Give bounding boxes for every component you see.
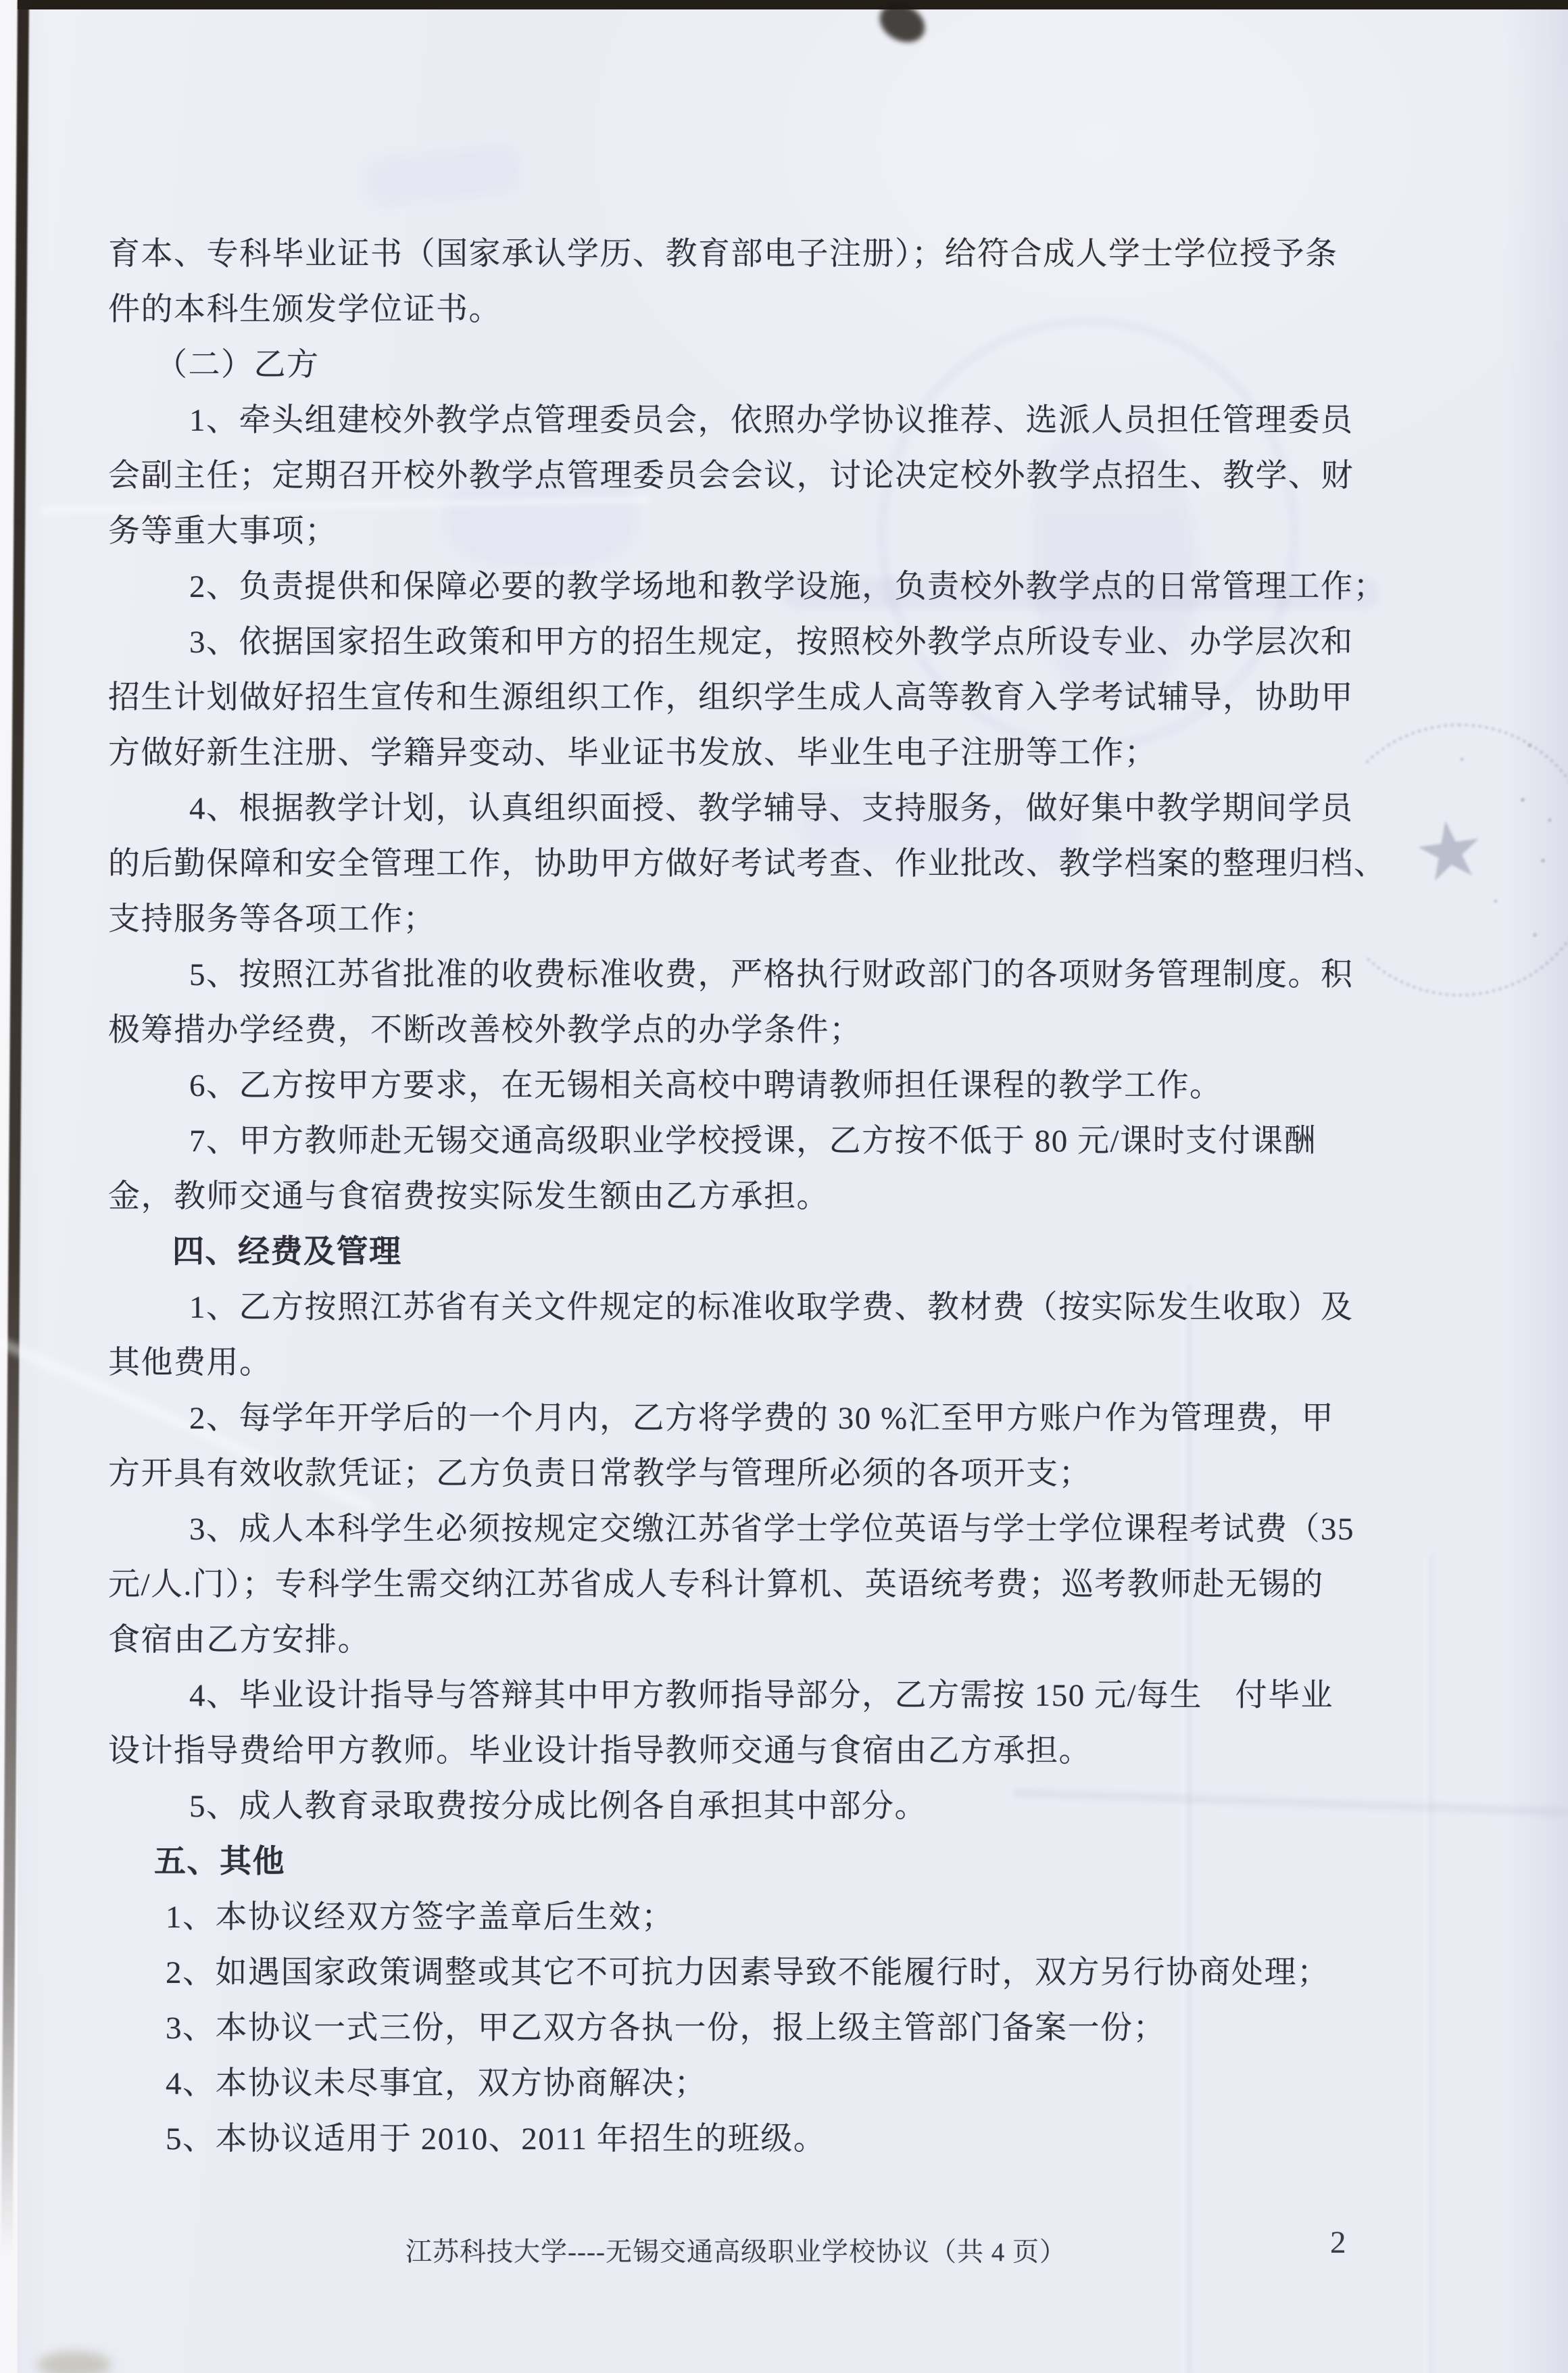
contract-line-2: 件的本科生颁发学位证书。 xyxy=(108,291,1399,329)
paper-crease xyxy=(1425,1555,1433,2373)
contract-line-30: 五、其他 xyxy=(108,1843,1399,1881)
contract-line-16: 6、乙方按甲方要求，在无锡相关高校中聘请教师担任课程的教学工作。 xyxy=(108,1067,1399,1105)
contract-line-22: 2、每学年开学后的一个月内，乙方将学费的 30 %汇至甲方账户作为管理费，甲 xyxy=(108,1399,1399,1437)
page-footer: 江苏科技大学----无锡交通高级职业学校协议（共 4 页） xyxy=(406,2231,1067,2269)
contract-line-11: 4、根据教学计划，认真组织面授、教学辅导、支持服务，做好集中教学期间学员 xyxy=(108,790,1399,828)
contract-line-20: 1、乙方按照江苏省有关文件规定的标准收取学费、教材费（按实际发生收取）及 xyxy=(108,1289,1399,1326)
scan-bottom-smudge xyxy=(37,2351,112,2373)
contract-line-17: 7、甲方教师赴无锡交通高级职业学校授课，乙方按不低于 80 元/课时支付课酬 xyxy=(108,1122,1399,1160)
contract-line-7: 2、负责提供和保障必要的教学场地和教学设施，负责校外教学点的日常管理工作； xyxy=(108,568,1399,606)
contract-line-26: 食宿由乙方安排。 xyxy=(108,1621,1399,1659)
contract-line-15: 极筹措办学经费，不断改善校外教学点的办学条件； xyxy=(108,1011,1399,1049)
contract-line-13: 支持服务等各项工作； xyxy=(108,901,1399,938)
contract-line-9: 招生计划做好招生宣传和生源组织工作，组织学生成人高等教育入学考试辅导，协助甲 xyxy=(108,679,1399,717)
contract-line-10: 方做好新生注册、学籍异变动、毕业证书发放、毕业生电子注册等工作； xyxy=(108,734,1399,772)
contract-line-25: 元/人.门）；专科学生需交纳江苏省成人专科计算机、英语统考费；巡考教师赴无锡的 xyxy=(108,1566,1399,1604)
contract-line-1: 育本、专科毕业证书（国家承认学历、教育部电子注册）；给符合成人学士学位授予条 xyxy=(108,235,1399,273)
contract-line-19: 四、经费及管理 xyxy=(108,1233,1399,1271)
contract-line-33: 3、本协议一式三份，甲乙双方各执一份，报上级主管部门备案一份； xyxy=(108,2009,1399,2047)
contract-line-35: 5、本协议适用于 2010、2011 年招生的班级。 xyxy=(108,2120,1399,2158)
scan-top-border xyxy=(0,0,1568,9)
star-stamp-icon: ★ xyxy=(1404,802,1496,901)
contract-line-14: 5、按照江苏省批准的收费标准收费，严格执行财政部门的各项财务管理制度。积 xyxy=(108,956,1399,994)
contract-line-32: 2、如遇国家政策调整或其它不可抗力因素导致不能履行时，双方另行协商处理； xyxy=(108,1954,1399,1992)
contract-line-28: 设计指导费给甲方教师。毕业设计指导教师交通与食宿由乙方承担。 xyxy=(108,1732,1399,1770)
contract-line-21: 其他费用。 xyxy=(108,1344,1399,1382)
contract-line-5: 会副主任；定期召开校外教学点管理委员会会议，讨论决定校外教学点招生、教学、财 xyxy=(108,457,1399,495)
contract-line-23: 方开具有效收款凭证；乙方负责日常教学与管理所必须的各项开支； xyxy=(108,1455,1399,1493)
seal-ink-specks xyxy=(1521,798,1525,802)
contract-line-27: 4、毕业设计指导与答辩其中甲方教师指导部分，乙方需按 150 元/每生 付毕业 xyxy=(108,1677,1399,1715)
paper-crease xyxy=(1181,1285,1191,2373)
contract-line-31: 1、本协议经双方签字盖章后生效； xyxy=(108,1898,1399,1936)
bleedthrough-mark xyxy=(363,144,522,208)
contract-line-4: 1、牵头组建校外教学点管理委员会，依照办学协议推荐、选派人员担任管理委员 xyxy=(108,402,1399,439)
contract-line-18: 金，教师交通与食宿费按实际发生额由乙方承担。 xyxy=(108,1178,1399,1216)
contract-line-6: 务等重大事项； xyxy=(108,512,1399,550)
contract-line-12: 的后勤保障和安全管理工作，协助甲方做好考试考查、作业批改、教学档案的整理归档、 xyxy=(108,845,1399,883)
page-number: 2 xyxy=(1330,2224,1346,2261)
scanned-contract-page: ★ 育本、专科毕业证书（国家承认学历、教育部电子注册）；给符合成人学士学位授予条… xyxy=(0,0,1568,2373)
contract-line-24: 3、成人本科学生必须按规定交缴江苏省学士学位英语与学士学位课程考试费（35 xyxy=(108,1510,1399,1548)
contract-line-3: （二）乙方 xyxy=(108,346,1399,384)
contract-line-8: 3、依据国家招生政策和甲方的招生规定，按照校外教学点所设专业、办学层次和 xyxy=(108,623,1399,661)
contract-line-34: 4、本协议未尽事宜，双方协商解决； xyxy=(108,2065,1399,2103)
contract-line-29: 5、成人教育录取费按分成比例各自承担其中部分。 xyxy=(108,1788,1399,1825)
